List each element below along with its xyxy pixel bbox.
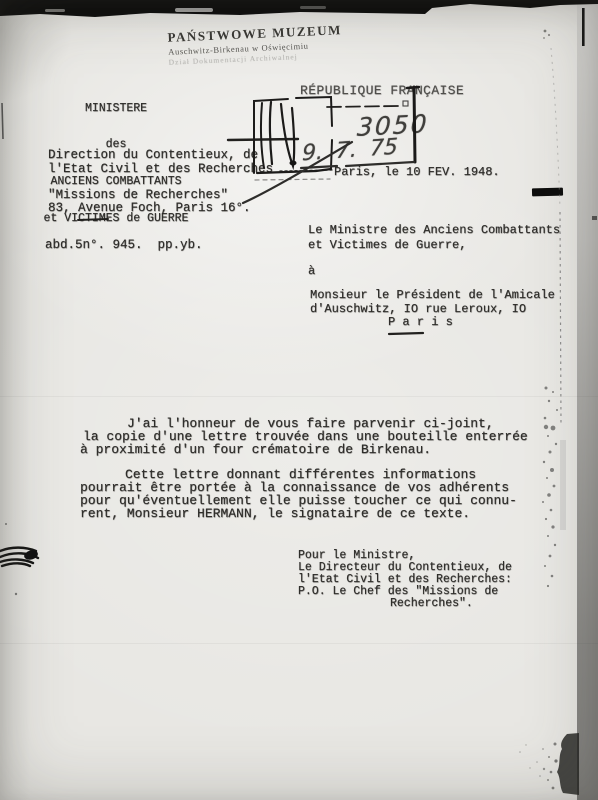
archive-stamp: PAŃSTWOWE MUZEUM Auschwitz-Birkenau w Oś…	[167, 22, 343, 67]
scan-edge-band	[577, 0, 598, 800]
received-date-handwritten: 9. 7. 75	[302, 135, 399, 167]
republique-heading: RÉPUBLIQUE FRANÇAISE	[300, 83, 464, 98]
bottom-right-blob	[519, 733, 579, 795]
scanned-letter-page: PAŃSTWOWE MUZEUM Auschwitz-Birkenau w Oś…	[0, 0, 598, 800]
edge-speckles	[542, 387, 566, 588]
scan-artifact-bar	[532, 188, 563, 197]
reference-number: abd.5n°. 945. pp.yb.	[45, 238, 203, 252]
signature-line: Recherches".	[390, 597, 473, 610]
addressee-city: P a r i s	[388, 315, 453, 329]
ministry-line: ANCIENS COMBATTANTS	[40, 176, 192, 188]
body-line: rent, Monsieur HERMANN, le signataire de…	[80, 506, 470, 521]
ministry-line: et VICTIMES de GUERRE	[40, 213, 192, 225]
ministry-line: MINISTERE	[40, 103, 192, 115]
addressee-to-line: d'Auschwitz, IO rue Leroux, IO	[310, 302, 526, 316]
fold-crease	[0, 643, 598, 644]
direction-line: Direction du Contentieux, de	[48, 148, 258, 162]
addressee-from-line: et Victimes de Guerre,	[308, 238, 466, 252]
body-line: à proximité d'un four crématoire de Birk…	[80, 442, 431, 457]
date-line: Paris, le 10 FEV. 1948.	[334, 165, 500, 179]
missions-line: "Missions de Recherches"	[48, 188, 228, 202]
direction-line: l'Etat Civil et des Recherches	[48, 162, 273, 176]
left-edge-mark	[2, 103, 3, 139]
fold-crease	[0, 396, 598, 397]
margin-scribble	[0, 523, 39, 595]
addressee-a: à	[308, 264, 315, 278]
missions-line: 83, Avenue Foch, Paris 16°.	[48, 201, 251, 215]
addressee-from-line: Le Ministre des Anciens Combattants	[308, 223, 560, 237]
addressee-to-line: Monsieur le Président de l'Amicale	[310, 288, 555, 302]
